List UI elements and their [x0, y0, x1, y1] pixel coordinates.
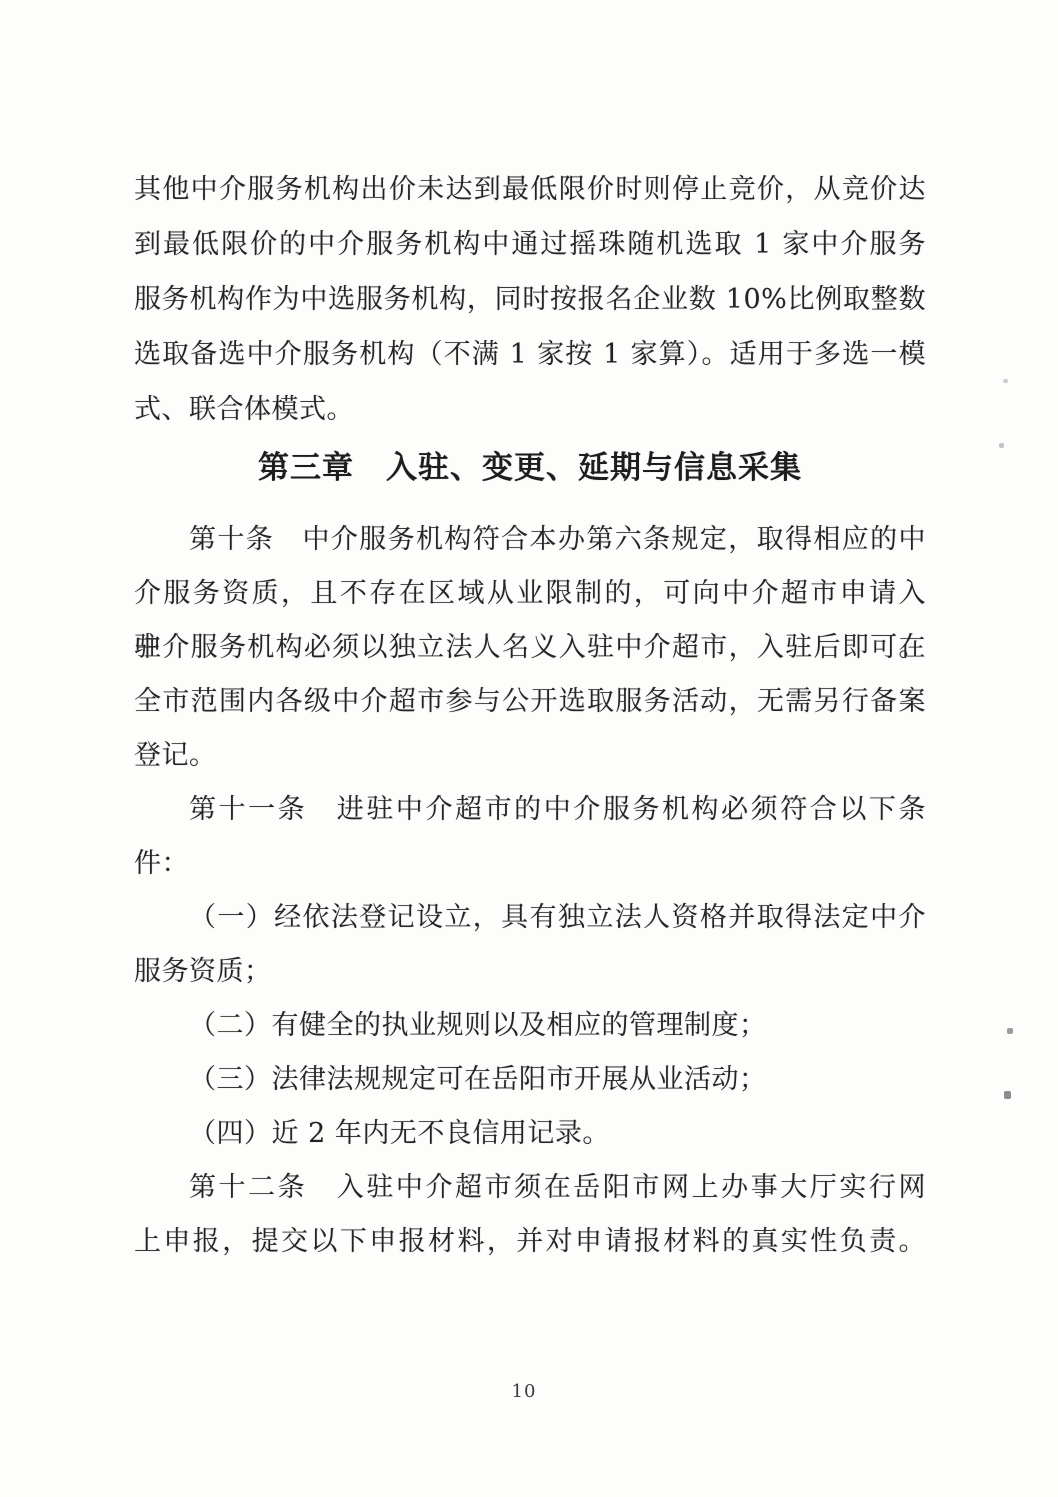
text-line: 服务机构作为中选服务机构，同时按报名企业数 10%比例取整数	[134, 272, 926, 327]
text-line: （二）有健全的执业规则以及相应的管理制度；	[134, 999, 926, 1053]
page-body: 其他中介服务机构出价未达到最低限价时则停止竞价，从竞价达 到最低限价的中介服务机…	[134, 162, 926, 1269]
chapter-heading: 第三章 入驻、变更、延期与信息采集	[134, 437, 926, 499]
text-line: 式、联合体模式。	[134, 382, 926, 437]
text-line: （一）经依法登记设立，具有独立法人资格并取得法定中介	[134, 891, 926, 945]
text-line: （三）法律法规规定可在岳阳市开展从业活动；	[134, 1053, 926, 1107]
paragraph-continuation: 其他中介服务机构出价未达到最低限价时则停止竞价，从竞价达 到最低限价的中介服务机…	[134, 162, 926, 437]
text-line: 第十二条 入驻中介超市须在岳阳市网上办事大厅实行网	[134, 1161, 926, 1215]
text-line: （四）近 2 年内无不良信用记录。	[134, 1107, 926, 1161]
scan-artifact	[1004, 1091, 1011, 1099]
text-line: 全市范围内各级中介超市参与公开选取服务活动，无需另行备案	[134, 675, 926, 729]
text-line: 第十条 中介服务机构符合本办第六条规定，取得相应的中	[134, 513, 926, 567]
scan-artifact	[999, 443, 1004, 448]
page-number: 10	[0, 1381, 1048, 1402]
scan-artifact	[1007, 1028, 1013, 1034]
text-line: 其他中介服务机构出价未达到最低限价时则停止竞价，从竞价达	[134, 162, 926, 217]
text-line: 介服务资质，且不存在区域从业限制的，可向中介超市申请入驻。	[134, 567, 926, 621]
text-line: 到最低限价的中介服务机构中通过摇珠随机选取 1 家中介服务	[134, 217, 926, 272]
article-paragraphs: 第十条 中介服务机构符合本办第六条规定，取得相应的中 介服务资质，且不存在区域从…	[134, 513, 926, 1269]
text-line: 选取备选中介服务机构（不满 1 家按 1 家算）。适用于多选一模	[134, 327, 926, 382]
text-line: 登记。	[134, 729, 926, 783]
text-line: 件：	[134, 837, 926, 891]
text-line: 服务资质；	[134, 945, 926, 999]
text-line: 中介服务机构必须以独立法人名义入驻中介超市，入驻后即可在	[134, 621, 926, 675]
document-page: 其他中介服务机构出价未达到最低限价时则停止竞价，从竞价达 到最低限价的中介服务机…	[0, 0, 1058, 1497]
scan-artifact	[1003, 379, 1008, 383]
text-line: 上申报，提交以下申报材料，并对申请报材料的真实性负责。	[134, 1215, 926, 1269]
text-line: 第十一条 进驻中介超市的中介服务机构必须符合以下条	[134, 783, 926, 837]
